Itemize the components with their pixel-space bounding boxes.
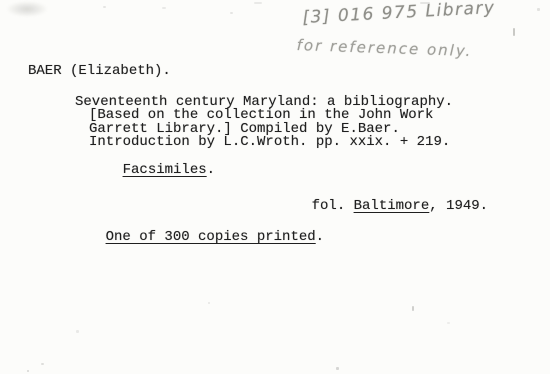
paper-speck	[76, 330, 79, 333]
author-heading: BAER (Elizabeth).	[28, 64, 171, 78]
paper-speck	[336, 367, 339, 370]
paper-speck	[412, 306, 414, 311]
limitation-period: .	[316, 229, 324, 245]
facsimiles-underlined: Facsimiles	[123, 162, 207, 178]
paper-speck	[27, 370, 29, 372]
imprint-place-underlined: Baltimore	[354, 198, 430, 214]
paper-speck	[162, 7, 166, 9]
limitation-underlined: One of 300 copies printed	[106, 229, 316, 245]
paper-speck	[230, 12, 233, 14]
paper-speck	[103, 6, 106, 8]
entry-line: Introduction by L.C.Wroth. pp. xxix. + 2…	[89, 135, 450, 149]
paper-speck	[447, 322, 450, 324]
imprint-format: fol.	[312, 198, 354, 214]
catalog-card: [3] 016 975 Library for reference only. …	[0, 0, 550, 374]
paper-speck	[537, 8, 540, 11]
paper-speck	[41, 363, 44, 365]
facsimiles-period: .	[207, 162, 215, 178]
limitation-line: One of 300 copies printed.	[72, 216, 324, 258]
entry-line: [Based on the collection in the John Wor…	[89, 108, 433, 122]
pencil-annotation-shelfmark: [3] 016 975 Library	[302, 0, 496, 28]
paper-speck	[420, 2, 430, 4]
imprint-rest: , 1949.	[429, 198, 488, 214]
entry-facsimiles-line: Facsimiles.	[89, 149, 215, 191]
pencil-tick-mark	[513, 28, 515, 36]
pencil-annotation-note: for reference only.	[296, 36, 472, 60]
paper-speck	[208, 302, 210, 304]
paper-speck	[254, 2, 262, 4]
paper-smudge	[6, 1, 48, 17]
